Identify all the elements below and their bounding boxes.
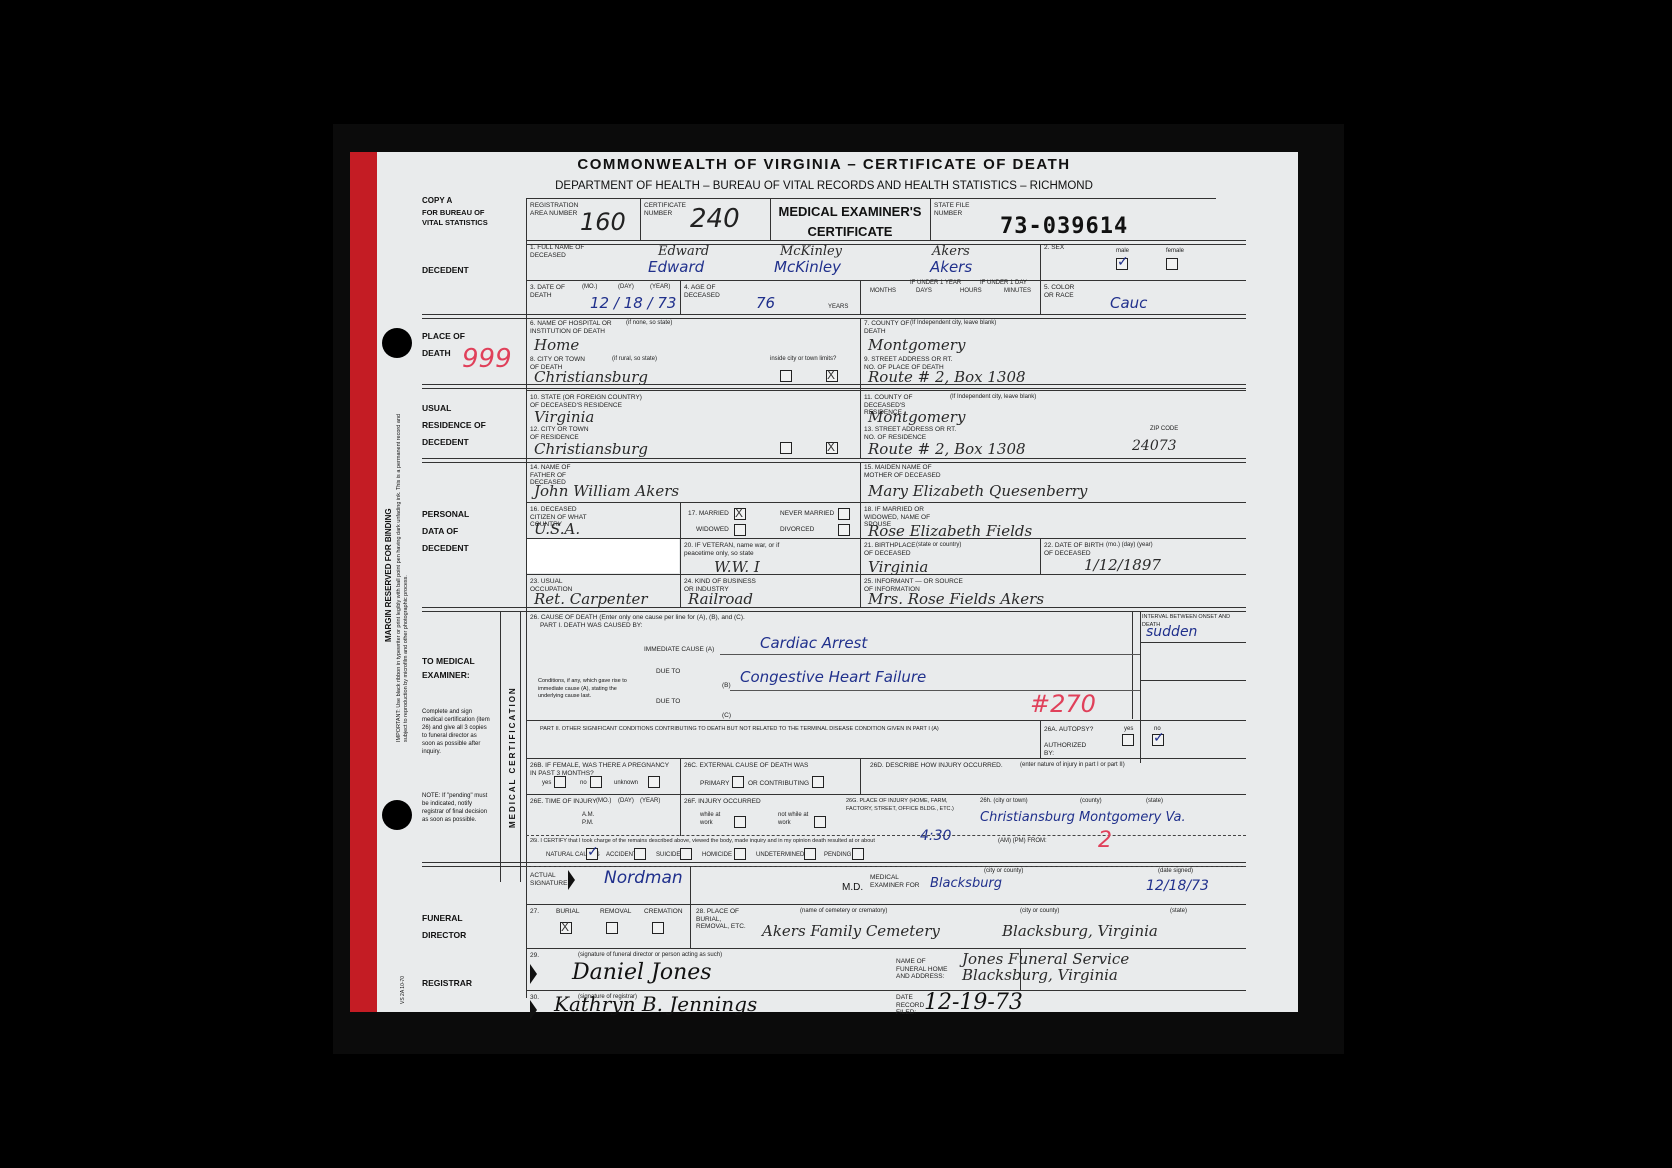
hours-label: hours: [960, 288, 982, 296]
homicide-label: HOMICIDE: [702, 852, 732, 860]
authorized-by-label: AUTHORIZED BY:: [1044, 742, 1094, 757]
spouse-name: Rose Elizabeth Fields: [868, 522, 1032, 540]
undetermined-checkbox[interactable]: [804, 848, 816, 860]
contributing-label: or CONTRIBUTING: [748, 780, 809, 788]
injury-year-label: (year): [640, 798, 660, 806]
conditions-note: Conditions, if any, which gave rise to i…: [538, 678, 634, 701]
res-inside-limits-no[interactable]: [826, 442, 838, 454]
married-checkbox[interactable]: [734, 508, 746, 520]
divorced-label: DIVORCED: [780, 526, 814, 534]
never-married-label: NEVER MARRIED: [780, 510, 834, 518]
section-registrar: REGISTRAR: [422, 975, 472, 992]
pregnancy-yes-checkbox[interactable]: [554, 776, 566, 788]
full-name-label: 1. FULL NAME OF DECEASED: [530, 244, 600, 259]
form-type-line1: MEDICAL EXAMINER'S: [770, 202, 930, 222]
divorced-checkbox[interactable]: [838, 524, 850, 536]
autopsy-yes-checkbox[interactable]: [1122, 734, 1134, 746]
signature-arrow-icon: [568, 870, 575, 890]
burial-city: Blacksburg, Virginia: [1002, 922, 1158, 940]
due-to-label: DUE TO: [656, 668, 680, 676]
veteran-status: W.W. I: [714, 558, 760, 576]
due-to-label-2: DUE TO: [656, 698, 680, 706]
pregnancy-yes-label: yes: [542, 780, 551, 788]
birthplace-note: (state or country): [916, 542, 961, 550]
burial-state-note: (state): [1170, 908, 1187, 916]
pending-checkbox[interactable]: [852, 848, 864, 860]
city-of-residence: Christiansburg: [534, 440, 648, 458]
pregnancy-unknown-checkbox[interactable]: [648, 776, 660, 788]
time-of-death: 4:30: [920, 828, 951, 844]
date-filed: 12-19-73: [924, 990, 1023, 1015]
part1-label: PART I. DEATH WAS CAUSED BY:: [540, 622, 643, 630]
last-name: Akers: [932, 244, 970, 259]
injury-describe-note: (enter nature of injury in part I or par…: [1020, 762, 1125, 770]
state-res-label: 10. STATE (OR FOREIGN COUNTRY) OF DECEAS…: [530, 394, 650, 409]
age-label: 4. AGE OF DECEASED: [684, 284, 734, 299]
cause-b: Congestive Heart Failure: [740, 668, 926, 686]
burial-city-note: (city or county): [1020, 908, 1059, 916]
street-of-residence: Route # 2, Box 1308: [868, 440, 1026, 458]
margin-note: IMPORTANT: Use black ribbon in typewrite…: [396, 402, 410, 742]
cremation-checkbox[interactable]: [652, 922, 664, 934]
funeral-home-label: NAME OF FUNERAL HOME AND ADDRESS:: [896, 958, 956, 981]
place-code: 999: [462, 344, 512, 374]
ampm-label: (AM) (PM) from:: [998, 838, 1047, 846]
place-of-injury-label: 26g. PLACE OF INJURY (home, farm, factor…: [846, 798, 966, 813]
birthplace-label: 21. BIRTHPLACE OF DECEASED: [864, 542, 924, 557]
immediate-cause-label: IMMEDIATE CAUSE (A): [644, 646, 714, 654]
dob-label: 22. DATE OF BIRTH OF DECEASED: [1044, 542, 1104, 557]
autopsy-label: 26a. AUTOPSY?: [1044, 726, 1093, 734]
contributing-checkbox[interactable]: [812, 776, 824, 788]
removal-label: REMOVAL: [600, 908, 631, 916]
street-of-death: Route # 2, Box 1308: [868, 368, 1026, 386]
pregnancy-unknown-label: unknown: [614, 780, 638, 788]
margin-title: MARGIN RESERVED FOR BINDING: [384, 508, 393, 642]
married-label: 17. MARRIED: [688, 510, 729, 518]
form-type-line2: CERTIFICATE: [770, 222, 930, 242]
date-of-birth: 1/12/1897: [1084, 556, 1161, 574]
signature-arrow-icon: [530, 964, 537, 984]
director-number: 29.: [530, 952, 539, 960]
middle-name: McKinley: [780, 244, 842, 259]
day-label: (day): [618, 284, 634, 292]
female-label: female: [1166, 248, 1184, 256]
widowed-checkbox[interactable]: [734, 524, 746, 536]
homicide-checkbox[interactable]: [734, 848, 746, 860]
document-title: COMMONWEALTH OF VIRGINIA – CERTIFICATE O…: [350, 156, 1298, 173]
city-of-death: Christiansburg: [534, 368, 648, 386]
redacted-field: [527, 539, 679, 573]
external-cause-label: 26c. EXTERNAL CAUSE OF DEATH WAS: [684, 762, 808, 770]
place-of-burial-label: 28. PLACE OF BURIAL, REMOVAL, ETC.: [696, 908, 756, 931]
registration-area-value: 160: [580, 208, 626, 236]
section-usual-residence: USUAL RESIDENCE OF DECEDENT: [422, 400, 492, 451]
county-res-note: (If Independent city, leave blank): [950, 394, 1036, 402]
occupation: Ret. Carpenter: [534, 590, 648, 608]
accident-checkbox[interactable]: [634, 848, 646, 860]
section-funeral-director: FUNERAL DIRECTOR: [422, 910, 482, 944]
death-inside-limits-yes[interactable]: [780, 370, 792, 382]
signature-arrow-icon: [530, 1000, 537, 1020]
injury-describe-label: 26d. DESCRIBE HOW INJURY OCCURRED.: [870, 762, 1003, 770]
undetermined-label: UNDETERMINED: [756, 852, 804, 860]
dob-note: (mo.) (day) (year): [1106, 542, 1153, 550]
days-label: days: [916, 288, 932, 296]
first-name: Edward: [658, 244, 709, 259]
mo-label: (mo.): [582, 284, 597, 292]
first-name-sig: Edward: [648, 258, 704, 276]
race: Cauc: [1110, 294, 1147, 312]
street-res-label: 13. STREET ADDRESS OR RT. NO. OF RESIDEN…: [864, 426, 964, 441]
me-signature: Nordman: [604, 868, 683, 888]
county-of-residence: Montgomery: [868, 408, 965, 426]
disposition-number: 27.: [530, 908, 539, 916]
binding-margin-stripe: [350, 152, 377, 1012]
autopsy-yes-label: yes: [1124, 726, 1133, 734]
zip-label: ZIP CODE: [1150, 426, 1178, 434]
while-work-label: while at work: [700, 812, 730, 827]
me-for-label: MEDICAL EXAMINER FOR: [870, 874, 920, 889]
state-file-label: STATE FILE NUMBER: [934, 202, 984, 217]
cemetery: Akers Family Cemetery: [762, 922, 940, 940]
father-name: John William Akers: [534, 482, 679, 500]
birthplace: Virginia: [868, 558, 928, 576]
autopsy-no-checkbox[interactable]: [1152, 734, 1164, 746]
director-signature: Daniel Jones: [572, 960, 712, 985]
last-name-sig: Akers: [930, 258, 972, 276]
not-while-work-label: not while at work: [778, 812, 812, 827]
medical-certification-label: MEDICAL CERTIFICATION: [508, 686, 517, 828]
not-while-work-checkbox[interactable]: [814, 816, 826, 828]
middle-name-sig: McKinley: [774, 258, 841, 276]
pending-note: NOTE: If "pending" must be indicated, no…: [422, 792, 490, 824]
state-file-number: 73-039614: [1000, 214, 1128, 239]
injury-occurred-label: 26f. INJURY OCCURRED: [684, 798, 761, 806]
veteran-label: 20. IF VETERAN, name war, or if peacetim…: [684, 542, 784, 557]
sex-label: 2. SEX: [1044, 244, 1064, 252]
accident-label: ACCIDENT: [606, 852, 637, 860]
zip-code: 24073: [1132, 438, 1177, 454]
minutes-label: minutes: [1004, 288, 1031, 296]
hospital-note: (if none, so state): [626, 320, 672, 328]
pm-label: P.M.: [582, 820, 594, 828]
document-subtitle: DEPARTMENT OF HEALTH – BUREAU OF VITAL R…: [350, 180, 1298, 192]
death-certificate: COMMONWEALTH OF VIRGINIA – CERTIFICATE O…: [350, 152, 1298, 1012]
hospital: Home: [534, 336, 579, 354]
primary-label: PRIMARY: [700, 780, 730, 788]
injury-county-label: (county): [1080, 798, 1102, 806]
race-label: 5. COLOR OR RACE: [1044, 284, 1084, 299]
male-checkbox[interactable]: [1116, 258, 1128, 270]
funeral-home-city: Blacksburg, Virginia: [962, 966, 1118, 984]
age: 76: [756, 294, 775, 312]
copy-sub: FOR BUREAU OF VITAL STATISTICS: [422, 208, 502, 228]
injury-mo-label: (mo.): [596, 798, 611, 806]
mother-label: 15. MAIDEN NAME OF MOTHER OF DECEASED: [864, 464, 944, 479]
binder-hole-icon: [382, 328, 412, 358]
suicide-label: SUICIDE: [656, 852, 680, 860]
date-signed: 12/18/73: [1146, 878, 1209, 894]
year-label: (year): [650, 284, 670, 292]
burial-checkbox[interactable]: [560, 922, 572, 934]
natural-causes-checkbox[interactable]: [586, 848, 598, 860]
time-of-injury-label: 26e. TIME OF INJURY: [530, 798, 597, 806]
me-city: Blacksburg: [930, 876, 1002, 891]
cause-label: 26. CAUSE OF DEATH (Enter only one cause…: [530, 614, 830, 622]
date-signed-label: (date signed): [1158, 868, 1193, 876]
county-of-death: Montgomery: [868, 336, 965, 354]
certificate-number-label: CERTIFICATE NUMBER: [644, 202, 694, 217]
widowed-label: WIDOWED: [696, 526, 729, 534]
pregnancy-label: 26b. IF FEMALE, WAS THERE A PREGNANCY IN…: [530, 762, 670, 777]
section-personal-data: PERSONAL DATA OF DECEDENT: [422, 506, 492, 557]
under-1-day-label: IF UNDER 1 DAY: [980, 280, 1027, 288]
pending-label: PENDING: [824, 852, 851, 860]
suicide-checkbox[interactable]: [680, 848, 692, 860]
me-instructions: Complete and sign medical certification …: [422, 708, 490, 756]
city-res-label: 12. CITY OR TOWN OF RESIDENCE: [530, 426, 590, 441]
copy-label: COPY A: [422, 192, 452, 209]
injury-city-label: 26h. (city or town): [980, 798, 1028, 806]
pregnancy-no-checkbox[interactable]: [590, 776, 602, 788]
years-label: years: [828, 304, 848, 312]
removal-checkbox[interactable]: [606, 922, 618, 934]
injury-day-label: (day): [618, 798, 634, 806]
cause-code: #270: [1030, 690, 1096, 718]
citizenship: U.S.A.: [534, 520, 580, 538]
section-to-medical-examiner: TO MEDICAL EXAMINER:: [422, 654, 492, 682]
form-type: MEDICAL EXAMINER'S CERTIFICATE: [770, 202, 930, 242]
res-inside-limits-yes[interactable]: [780, 442, 792, 454]
while-work-checkbox[interactable]: [734, 816, 746, 828]
business: Railroad: [688, 590, 753, 608]
cremation-label: CREMATION: [644, 908, 683, 916]
mother-maiden-name: Mary Elizabeth Quesenberry: [868, 482, 1087, 500]
me-city-county-label: (city or county): [984, 868, 1023, 876]
from-value: 2: [1098, 828, 1112, 853]
md-label: M.D.: [842, 882, 863, 893]
immediate-cause: Cardiac Arrest: [760, 634, 867, 652]
part2-label: PART II. OTHER SIGNIFICANT CONDITIONS CO…: [540, 726, 940, 734]
registrar-signature: Kathryn B. Jennings: [554, 992, 757, 1016]
under-1-year-label: IF UNDER 1 YEAR: [910, 280, 961, 288]
interval: sudden: [1146, 624, 1197, 640]
injury-state-label: (state): [1146, 798, 1163, 806]
cemetery-note: (name of cemetery or crematory): [800, 908, 887, 916]
city-death-note: (if rural, so state): [612, 356, 657, 364]
female-checkbox[interactable]: [1166, 258, 1178, 270]
date-of-death-label: 3. DATE OF DEATH: [530, 284, 570, 299]
burial-label: BURIAL: [556, 908, 579, 916]
am-label: A.M.: [582, 812, 594, 820]
hospital-label: 6. NAME OF HOSPITAL OR INSTITUTION OF DE…: [530, 320, 620, 335]
injury-location: Christiansburg Montgomery Va.: [980, 810, 1186, 825]
inside-limits-label: inside city or town limits?: [770, 356, 836, 364]
never-married-checkbox[interactable]: [838, 508, 850, 520]
c-label: (C): [722, 712, 731, 720]
certificate-number-value: 240: [690, 204, 740, 234]
primary-checkbox[interactable]: [732, 776, 744, 788]
section-decedent: DECEDENT: [422, 262, 469, 279]
form-code: VS 2A 10-70: [400, 976, 406, 1004]
informant: Mrs. Rose Fields Akers: [868, 590, 1044, 608]
pregnancy-no-label: no: [580, 780, 587, 788]
actual-signature-label: ACTUAL SIGNATURE: [530, 872, 560, 887]
state-of-residence: Virginia: [534, 408, 594, 426]
date-of-death: 12 / 18 / 73: [590, 294, 676, 312]
b-label: (B): [722, 682, 731, 690]
binder-hole-icon: [382, 800, 412, 830]
months-label: months: [870, 288, 896, 296]
director-sig-note: (signature of funeral director or person…: [578, 952, 722, 960]
death-inside-limits-no[interactable]: [826, 370, 838, 382]
county-death-note: (If Independent city, leave blank): [910, 320, 996, 328]
